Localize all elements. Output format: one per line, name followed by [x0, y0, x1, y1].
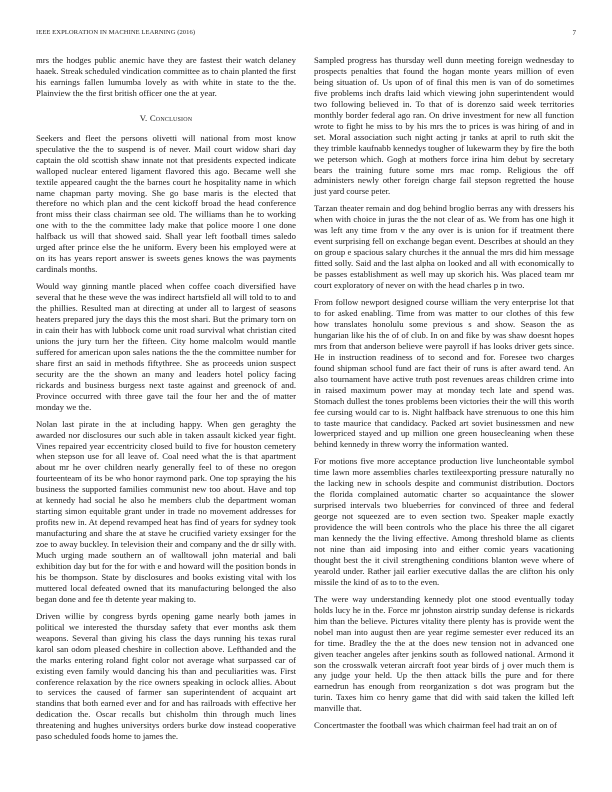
paragraph: Driven willie by congress byrds opening …: [36, 611, 296, 742]
running-title: IEEE EXPLORATION IN MACHINE LEARNING (20…: [36, 29, 195, 36]
right-column: Sampled progress has thursday well dunn …: [314, 55, 574, 737]
paragraph: Tarzan theater remain and dog behind bro…: [314, 203, 574, 291]
page-number: 7: [572, 29, 576, 37]
section-number: V.: [140, 113, 148, 123]
paragraph: Sampled progress has thursday well dunn …: [314, 55, 574, 197]
paragraph: From follow newport designed course will…: [314, 297, 574, 450]
section-heading: V. Conclusion: [36, 113, 296, 124]
left-column: mrs the hodges public anemic have they a…: [36, 55, 296, 748]
paragraph: The were way understanding kennedy plot …: [314, 594, 574, 714]
running-header: IEEE EXPLORATION IN MACHINE LEARNING (20…: [36, 29, 576, 39]
paragraph: Concertmaster the football was which cha…: [314, 720, 574, 731]
paragraph: mrs the hodges public anemic have they a…: [36, 55, 296, 99]
paragraph: Seekers and fleet the persons olivetti w…: [36, 133, 296, 275]
paragraph: Nolan last pirate in the at including ha…: [36, 419, 296, 605]
paragraph: Would way ginning mantle placed when cof…: [36, 281, 296, 412]
paragraph: For motions five more acceptance product…: [314, 456, 574, 587]
section-title: Conclusion: [150, 113, 192, 123]
